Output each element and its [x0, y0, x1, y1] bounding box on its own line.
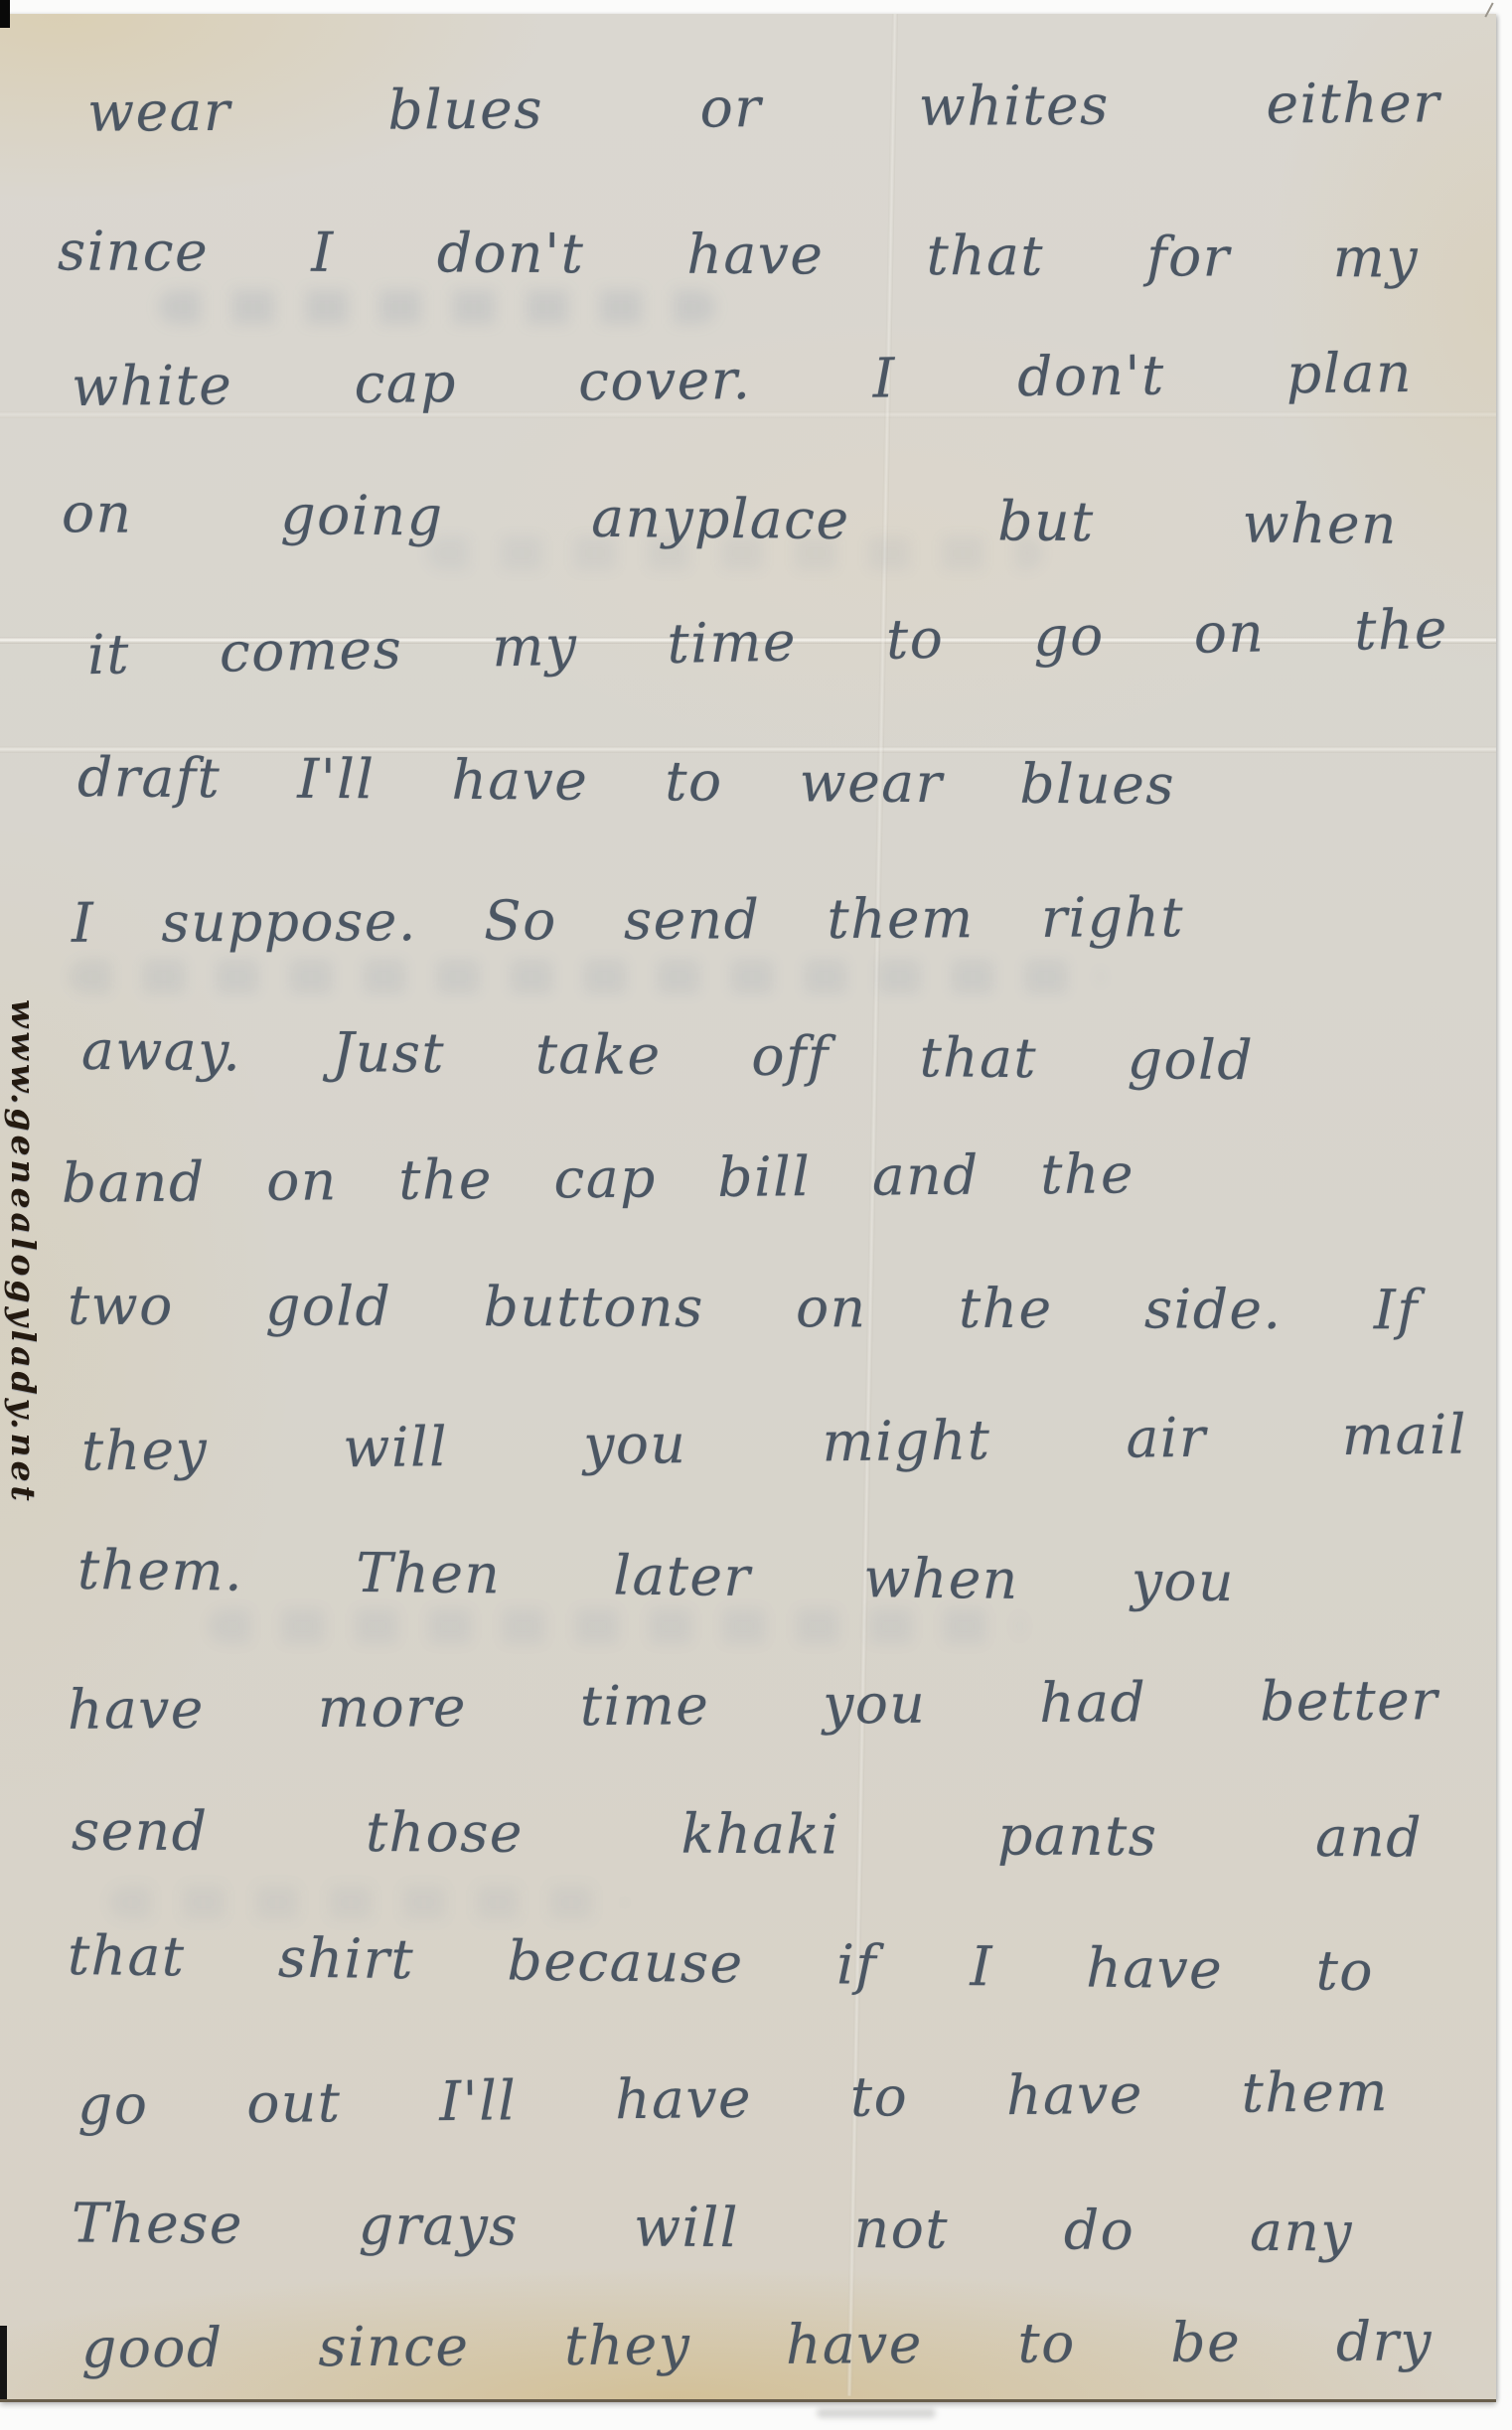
- genealogy-watermark: www.genealogylady.net: [4, 999, 43, 1501]
- letter-line-16: go out I'll have to have them: [77, 2061, 1390, 2135]
- letter-line-9: band on the cap bill and the: [62, 1143, 1134, 1213]
- ink-showthrough: [70, 960, 1103, 993]
- letter-line-18: good since they have to be dry: [81, 2311, 1433, 2378]
- letter-line-3: white cap cover. I don't plan: [72, 343, 1414, 417]
- ink-showthrough: [159, 290, 715, 324]
- letter-line-12: them. Then later when you: [77, 1540, 1236, 1612]
- ink-showthrough: [209, 1609, 1023, 1643]
- scan-edge-mark: [0, 2326, 7, 2399]
- letter-line-1: wear blues or whites either: [87, 73, 1440, 142]
- letter-line-7: I suppose. So send them right: [72, 887, 1184, 953]
- letter-line-14: send those khaki pants and: [72, 1800, 1423, 1868]
- letter-line-17: These grays will not do any: [72, 2193, 1353, 2262]
- ink-showthrough: [109, 1886, 626, 1919]
- scanner-bed-smudge: [817, 2408, 936, 2418]
- letter-scan: wear blues or whites either since I don'…: [0, 0, 1512, 2430]
- letter-line-8: away. Just take off that gold: [81, 1020, 1254, 1091]
- letter-line-13: have more time you had better: [68, 1670, 1438, 1740]
- letter-line-2: since I don't have that for my: [58, 221, 1419, 288]
- letter-line-6: draft I'll have to wear blues: [77, 747, 1175, 815]
- letter-line-4: on going anyplace but when: [62, 483, 1398, 554]
- scan-corner-mark: [0, 0, 10, 28]
- letter-line-10: two gold buttons on the side. If: [68, 1276, 1419, 1340]
